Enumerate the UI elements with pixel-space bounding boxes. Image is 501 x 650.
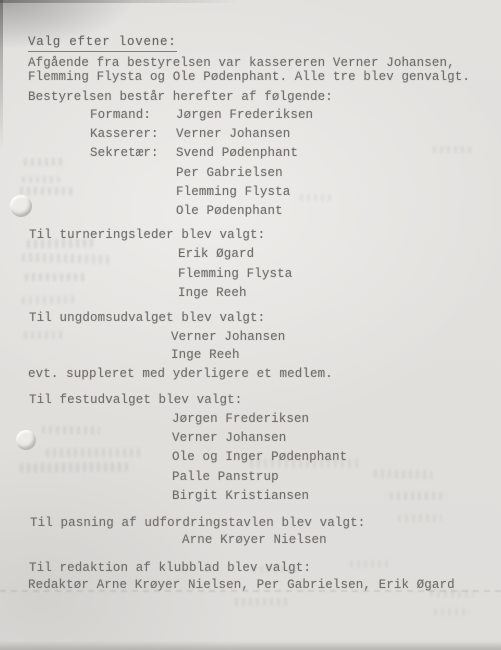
bleed-through-artifact bbox=[350, 560, 392, 569]
bleed-through-artifact bbox=[22, 253, 112, 264]
board-name-0: Jørgen Frederiksen bbox=[176, 108, 313, 122]
bleed-through-artifact bbox=[24, 331, 64, 339]
board-name-2: Svend Pødenphant bbox=[176, 146, 298, 160]
punch-hole-bottom bbox=[16, 430, 36, 450]
scan-edge-top bbox=[0, 0, 240, 3]
bleed-through-artifact bbox=[390, 492, 442, 500]
section-3-member-0: Arne Krøyer Nielsen bbox=[182, 533, 327, 547]
bleed-through-artifact bbox=[398, 514, 442, 522]
board-name-1: Verner Johansen bbox=[176, 127, 290, 141]
bleed-through-artifact bbox=[42, 425, 100, 434]
bleed-through-artifact bbox=[434, 608, 470, 616]
intro-line-1: Afgående fra bestyrelsen var kassereren … bbox=[28, 56, 455, 70]
section-heading-0: Til turneringsleder blev valgt: bbox=[29, 228, 265, 242]
bleed-through-artifact bbox=[20, 463, 128, 473]
bleed-through-artifact bbox=[20, 187, 76, 196]
section-2-member-4: Birgit Kristiansen bbox=[172, 489, 309, 503]
scan-edge-left bbox=[0, 0, 3, 150]
section-2-member-2: Ole og Inger Pødenphant bbox=[172, 450, 347, 464]
document-title: Valg efter lovene: bbox=[28, 35, 177, 52]
board-role-0: Formand: bbox=[90, 108, 151, 122]
bleed-through-artifact bbox=[22, 296, 76, 305]
board-role-1: Kasserer: bbox=[90, 127, 159, 141]
section-2-member-0: Jørgen Frederiksen bbox=[172, 412, 309, 426]
section-heading-3: Til pasning af udfordringstavlen blev va… bbox=[30, 516, 365, 530]
bleed-through-artifact bbox=[433, 146, 471, 153]
bleed-through-artifact bbox=[235, 598, 291, 606]
scan-edge-bottom bbox=[0, 641, 501, 650]
section-2-member-3: Palle Panstrup bbox=[172, 470, 279, 484]
section-1-note: evt. suppleret med yderligere et medlem. bbox=[28, 367, 333, 381]
board-role-2: Sekretær: bbox=[90, 146, 159, 160]
section-4-editors-line: Redaktør Arne Krøyer Nielsen, Per Gabrie… bbox=[28, 578, 455, 592]
board-name-5: Ole Pødenphant bbox=[176, 204, 283, 218]
punch-hole-top bbox=[10, 195, 32, 217]
bleed-through-artifact bbox=[46, 448, 144, 457]
section-2-member-1: Verner Johansen bbox=[172, 431, 286, 445]
intro-line-2: Flemming Flysta og Ole Pødenphant. Alle … bbox=[28, 70, 470, 84]
section-1-member-1: Inge Reeh bbox=[171, 348, 240, 362]
section-0-member-1: Flemming Flysta bbox=[178, 267, 292, 281]
section-0-member-2: Inge Reeh bbox=[178, 286, 247, 300]
section-heading-2: Til festudvalget blev valgt: bbox=[29, 393, 242, 407]
section-1-member-0: Verner Johansen bbox=[171, 330, 285, 344]
scanned-document-page: Valg efter lovene: Afgående fra bestyrel… bbox=[0, 0, 501, 650]
section-0-member-0: Erik Øgard bbox=[178, 247, 254, 261]
bleed-through-artifact bbox=[374, 469, 432, 479]
bleed-through-artifact bbox=[24, 158, 66, 167]
bleed-through-artifact bbox=[22, 176, 60, 183]
bleed-through-artifact bbox=[25, 273, 85, 281]
board-name-3: Per Gabrielsen bbox=[176, 166, 283, 180]
board-heading: Bestyrelsen består herefter af følgende: bbox=[28, 90, 333, 104]
bleed-through-artifact bbox=[300, 194, 332, 201]
board-name-4: Flemming Flysta bbox=[176, 185, 290, 199]
section-heading-4: Til redaktion af klubblad blev valgt: bbox=[29, 561, 311, 575]
section-heading-1: Til ungdomsudvalget blev valgt: bbox=[29, 311, 265, 325]
